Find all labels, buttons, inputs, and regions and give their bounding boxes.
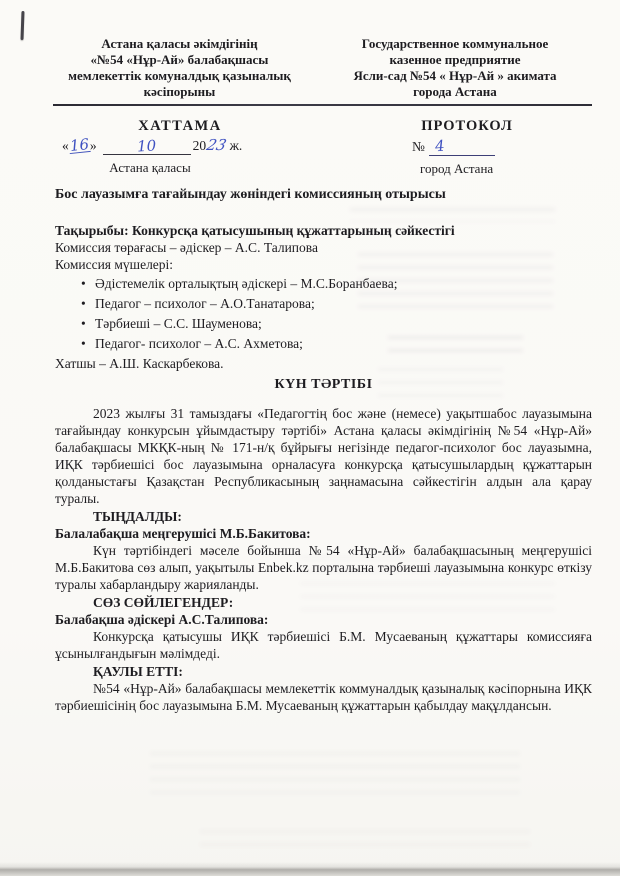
number-blank-line: 4: [429, 139, 495, 156]
heard-heading: ТЫҢДАЛДЫ:: [93, 508, 592, 525]
pen-mark-artifact: [20, 11, 24, 40]
list-item: Педагог – психолог – А.О.Танатарова;: [95, 295, 592, 312]
org-name-kazakh: Астана қаласы әкімдігінің «№54 «Нұр-Ай» …: [52, 36, 307, 100]
member-name: Әдістемелік орталықтың әдіскері – М.С.Бо…: [95, 276, 397, 291]
document-title-kazakh: ХАТТАМА: [55, 118, 305, 135]
resolution-paragraph: №54 «Нұр-Ай» балабақшасы мемлекеттік ком…: [55, 680, 592, 714]
org-line: кәсіпорыны: [52, 84, 307, 100]
agenda-paragraph: 2023 жылғы 31 тамыздағы «Педагогтің бос …: [55, 405, 592, 507]
handwritten-day: 16: [68, 137, 91, 154]
list-item: Педагог- психолог – А.С. Ахметова;: [95, 335, 592, 352]
heard-paragraph: Күн тәртібіндегі мәселе бойынша №54 «Нұр…: [55, 542, 592, 593]
scanned-protocol-document: Астана қаласы әкімдігінің «№54 «Нұр-Ай» …: [0, 0, 620, 876]
document-body: Бос лауазымға тағайындау жөніндегі комис…: [55, 186, 592, 714]
org-line: Астана қаласы әкімдігінің: [52, 36, 307, 52]
member-name: Тәрбиеші – С.С. Шауменова;: [95, 316, 262, 331]
year-prefix: 20: [193, 138, 207, 153]
topic-line: Тақырыбы: Конкурсқа қатысушының құжаттар…: [55, 222, 592, 239]
handwritten-number: 4: [434, 139, 445, 154]
org-line: Ясли-сад №54 « Нұр-Ай » акимата: [318, 68, 592, 84]
commission-members-label: Комиссия мүшелері:: [55, 256, 592, 273]
page-bottom-edge: [0, 862, 620, 876]
member-name: Педагог – психолог – А.О.Танатарова;: [95, 296, 315, 311]
org-line: казенное предприятие: [318, 52, 592, 68]
handwritten-year: 23: [205, 138, 228, 152]
handwritten-month: 10: [137, 139, 157, 154]
place-russian: город Астана: [420, 161, 493, 177]
org-name-russian: Государственное коммунальное казенное пр…: [318, 36, 592, 100]
meeting-title: Бос лауазымға тағайындау жөніндегі комис…: [55, 186, 592, 203]
member-name: Педагог- психолог – А.С. Ахметова;: [95, 336, 303, 351]
number-label: №: [412, 139, 425, 154]
commission-chair-line: Комиссия төрағасы – әдіскер – А.С. Талип…: [55, 239, 592, 256]
org-line: мемлекеттік комуналдық қазыналық: [52, 68, 307, 84]
secretary-line: Хатшы – А.Ш. Каскарбекова.: [55, 355, 592, 372]
commission-members-list: Әдістемелік орталықтың әдіскері – М.С.Бо…: [55, 275, 592, 352]
speeches-heading: СӨЗ СӨЙЛЕГЕНДЕР:: [93, 594, 592, 611]
place-kazakh: Астана қаласы: [70, 160, 230, 176]
list-item: Әдістемелік орталықтың әдіскері – М.С.Бо…: [95, 275, 592, 292]
header-divider: [53, 104, 592, 106]
year-unit: ж.: [230, 138, 243, 153]
quote-close: »: [90, 138, 97, 153]
date-line: «16»102023 ж.: [62, 138, 242, 155]
speeches-speaker: Балабақша әдіскері А.С.Талипова:: [55, 611, 592, 628]
bleed-through-artifact: [150, 752, 520, 804]
speeches-paragraph: Конкурсқа қатысушы ИҚК тәрбиешісі Б.М. М…: [55, 628, 592, 662]
agenda-heading: КҮН ТӘРТІБІ: [55, 376, 592, 393]
resolution-heading: ҚАУЛЫ ЕТТІ:: [93, 663, 592, 680]
protocol-number-line: №4: [412, 139, 495, 156]
heard-speaker: Балалабақша меңгерушісі М.Б.Бакитова:: [55, 525, 592, 542]
org-line: города Астана: [318, 84, 592, 100]
month-blank-line: 10: [103, 138, 191, 155]
org-line: «№54 «Нұр-Ай» балабақшасы: [52, 52, 307, 68]
org-line: Государственное коммунальное: [318, 36, 592, 52]
list-item: Тәрбиеші – С.С. Шауменова;: [95, 315, 592, 332]
document-title-russian: ПРОТОКОЛ: [392, 118, 542, 135]
bleed-through-artifact: [200, 830, 530, 848]
